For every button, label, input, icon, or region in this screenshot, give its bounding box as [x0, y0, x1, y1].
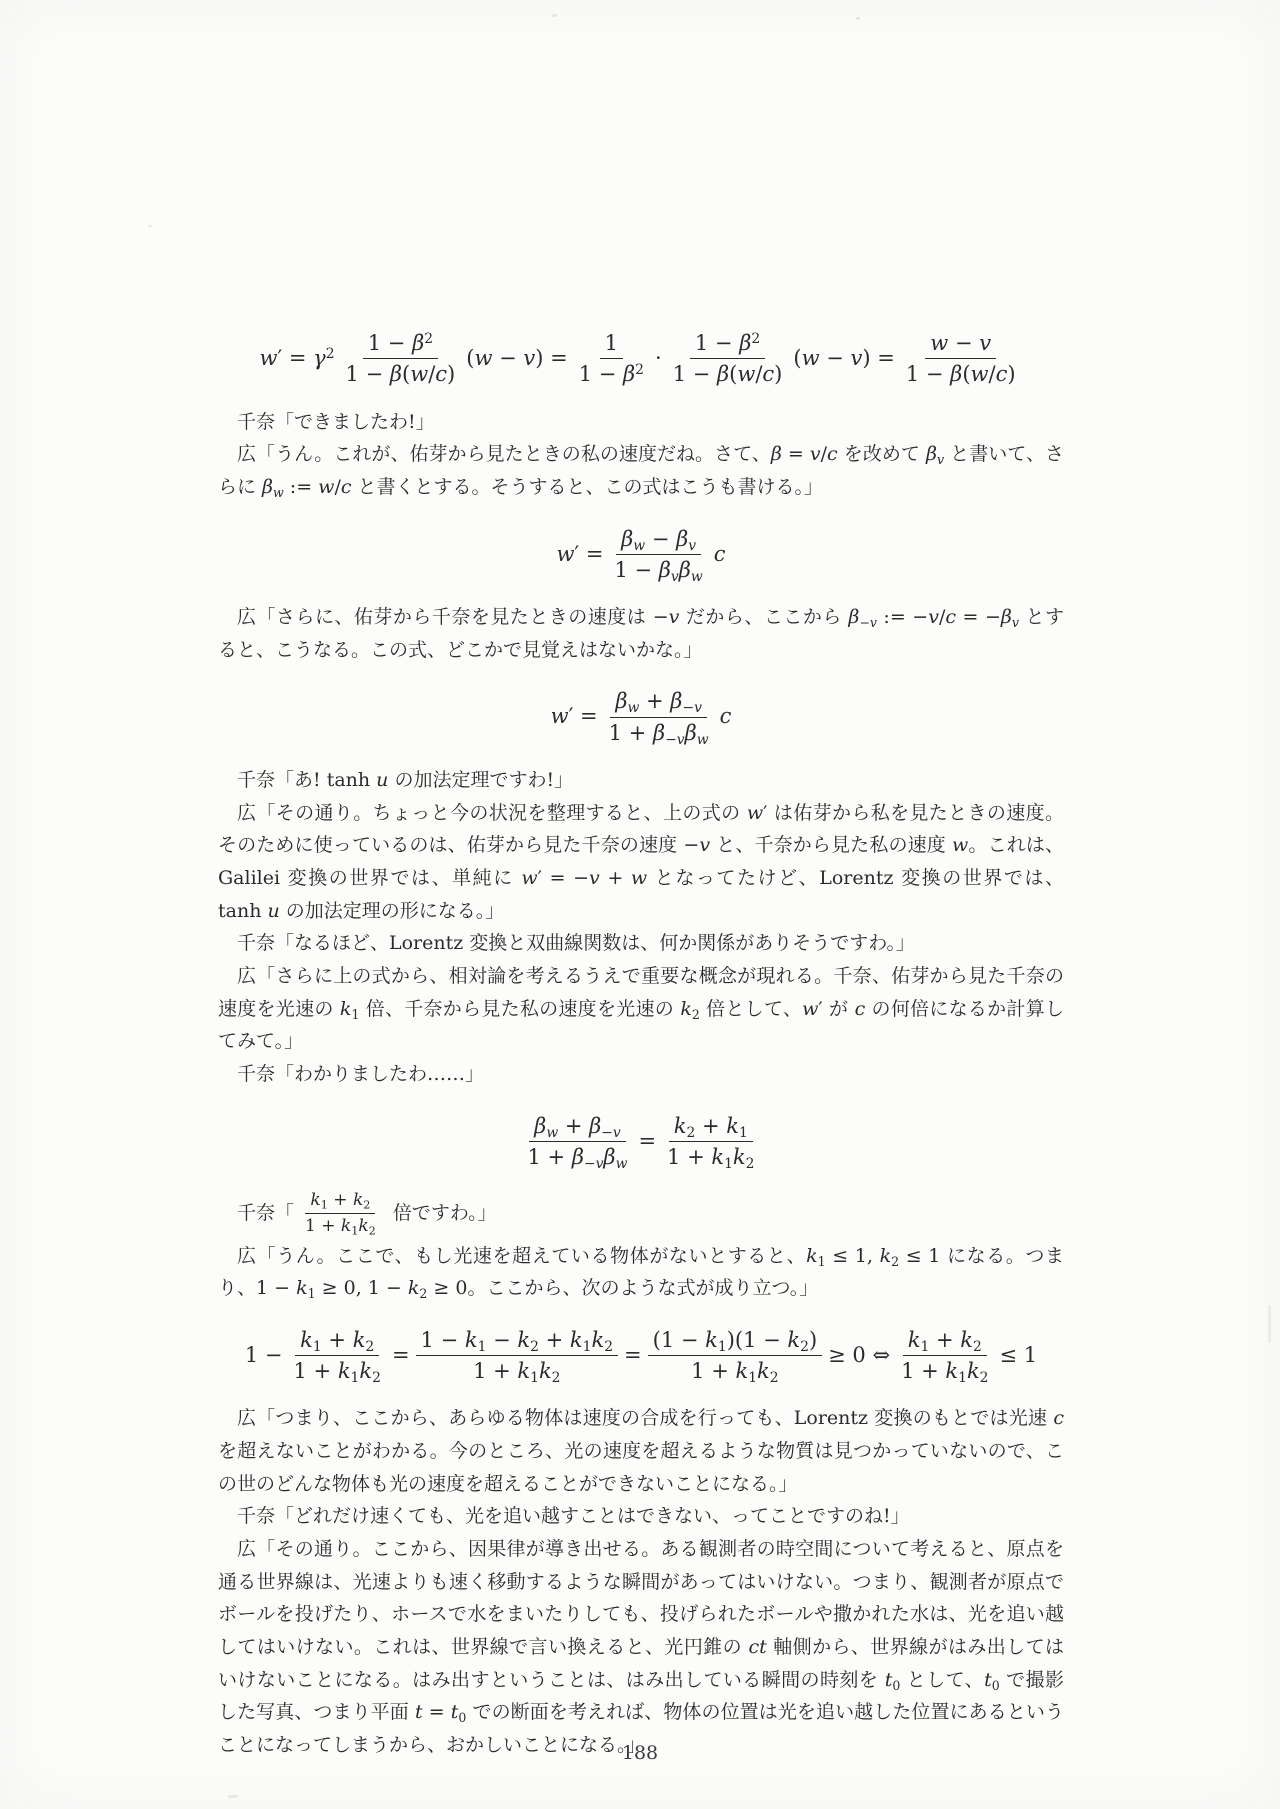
- fraction-denominator: 1 + k1k2: [300, 1214, 381, 1237]
- math-expression: 1 − k1 ≥ 0, 1 − k2 ≥ 0: [256, 1277, 467, 1299]
- fraction-denominator: 1 − β(w/c): [901, 359, 1021, 387]
- fraction-numerator: 1: [600, 330, 623, 359]
- japanese-text: 倍、千奈から見た私の速度を光速の: [359, 998, 680, 1020]
- japanese-text: 千奈「わかりましたわ……」: [237, 1063, 484, 1085]
- fraction-denominator: 1 − β2: [574, 359, 649, 387]
- dialogue-paragraph: 千奈「わかりましたわ……」: [218, 1058, 1064, 1091]
- math-expression: w′: [802, 998, 823, 1020]
- japanese-text: の加法定理ですわ!」: [388, 769, 573, 791]
- japanese-text: 広「さらに、佑芽から千奈を見たときの速度は: [237, 606, 653, 628]
- japanese-text: 広「うん。これが、佑芽から見たときの私の速度だね。さて、: [237, 443, 771, 465]
- math-expression: β−v := −v/c = −βv: [848, 606, 1019, 628]
- dialogue-paragraph: 広「うん。ここで、もし光速を超えている物体がないとすると、k1 ≤ 1, k2 …: [218, 1240, 1064, 1305]
- dialogue-paragraph: 千奈「どれだけ速くても、光を追い越すことはできない、ってことですのね!」: [218, 1500, 1064, 1533]
- page-content: w′ = γ21 − β21 − β(w/c)(w − v) = 11 − β2…: [218, 308, 1064, 1762]
- fraction-denominator: 1 + k1k2: [896, 1356, 993, 1384]
- fraction-numerator: k1 + k2: [295, 1327, 379, 1356]
- fraction: βw + β−v1 + β−vβw: [523, 1113, 633, 1171]
- japanese-text: となってたけど、Lorentz 変換の世界では、: [647, 867, 1064, 889]
- fraction-numerator: k1 + k2: [903, 1327, 987, 1356]
- fraction-denominator: 1 + β−vβw: [604, 718, 714, 746]
- dialogue-paragraph: 広「さらに、佑芽から千奈を見たときの速度は −v だから、ここから β−v :=…: [218, 601, 1064, 666]
- math-expression: t = t0: [415, 1701, 466, 1723]
- math-expression: βv: [926, 443, 944, 465]
- fraction-numerator: 1 − k1 − k2 + k1k2: [416, 1327, 618, 1356]
- math-expression: w′ = −v + w: [521, 867, 647, 889]
- math-expression: tanh u: [327, 769, 389, 791]
- dialogue-paragraph: 千奈「あ! tanh u の加法定理ですわ!」: [218, 764, 1064, 797]
- display-formula-beta-velocity-composition: w′ = βw − βv1 − βvβwc: [218, 526, 1064, 584]
- scanned-book-page: { "page": { "number": "188" }, "colors":…: [0, 0, 1280, 1809]
- dialogue-paragraph: 広「その通り。ここから、因果律が導き出せる。ある観測者の時空間について考えると、…: [218, 1533, 1064, 1762]
- fraction: (1 − k1)(1 − k2)1 + k1k2: [648, 1327, 823, 1385]
- japanese-text: 千奈「なるほど、Lorentz 変換と双曲線関数は、何か関係がありそうですわ。」: [237, 932, 915, 954]
- math-expression: 1 −: [245, 1342, 283, 1369]
- math-expression: t0: [984, 1669, 1000, 1691]
- math-expression: ≥ 0 ⇔: [828, 1342, 890, 1369]
- dialogue-paragraph: 広「つまり、ここから、あらゆる物体は速度の合成を行っても、Lorentz 変換の…: [218, 1402, 1064, 1500]
- dialogue-paragraph: 千奈「できましたわ!」: [218, 406, 1064, 439]
- math-expression: =: [638, 1128, 656, 1155]
- japanese-text: 倍として、: [700, 998, 802, 1020]
- fraction: 1 − k1 − k2 + k1k21 + k1k2: [416, 1327, 618, 1385]
- japanese-text: 千奈「できましたわ!」: [237, 411, 435, 433]
- fraction-numerator: w − v: [925, 330, 996, 359]
- math-expression: c: [1053, 1407, 1064, 1429]
- fraction-numerator: k2 + k1: [669, 1113, 753, 1142]
- math-expression: =: [624, 1342, 642, 1369]
- dialogue-paragraph: 広「さらに上の式から、相対論を考えるうえで重要な概念が現れる。千奈、佑芽から見た…: [218, 960, 1064, 1058]
- dialogue-paragraph: 広「その通り。ちょっと今の状況を整理すると、上の式の w′ は佑芽から私を見たと…: [218, 797, 1064, 928]
- fraction-numerator: βw − βv: [616, 526, 701, 555]
- display-formula-beta-addition-form: w′ = βw + β−v1 + β−vβwc: [218, 688, 1064, 746]
- japanese-text: だから、ここから: [679, 606, 848, 628]
- fraction: k1 + k21 + k1k2: [289, 1327, 386, 1385]
- display-formula-lorentz-velocity-derivation: w′ = γ21 − β21 − β(w/c)(w − v) = 11 − β2…: [218, 330, 1064, 388]
- fraction: 11 − β2: [574, 330, 649, 388]
- fraction-numerator: βw + β−v: [529, 1113, 626, 1142]
- math-expression: ≤ 1: [1000, 1342, 1038, 1369]
- math-expression: (w − v) =: [793, 345, 894, 372]
- fraction: k1 + k21 + k1k2: [896, 1327, 993, 1385]
- math-expression: k1: [340, 998, 360, 1020]
- scan-speck: [148, 225, 152, 227]
- display-formula-k-ratio-result: βw + β−v1 + β−vβw = k2 + k11 + k1k2: [218, 1113, 1064, 1171]
- fraction: k1 + k21 + k1k2: [300, 1190, 381, 1238]
- japanese-text: と書くとする。そうすると、この式はこうも書ける。」: [352, 476, 824, 498]
- fraction: 1 − β21 − β(w/c): [668, 330, 788, 388]
- math-expression: β = v/c: [771, 443, 838, 465]
- math-expression: −v: [653, 606, 680, 628]
- fraction: k2 + k11 + k1k2: [662, 1113, 759, 1171]
- japanese-text: 千奈「: [237, 1202, 294, 1224]
- fraction-denominator: 1 + k1k2: [468, 1356, 565, 1384]
- fraction-numerator: 1 − β2: [363, 330, 438, 359]
- fraction: 1 − β21 − β(w/c): [341, 330, 461, 388]
- dialogue-paragraph: 千奈「なるほど、Lorentz 変換と双曲線関数は、何か関係がありそうですわ。」: [218, 927, 1064, 960]
- math-expression: −v: [683, 834, 710, 856]
- fraction-numerator: 1 − β2: [690, 330, 765, 359]
- fraction-denominator: 1 − β(w/c): [668, 359, 788, 387]
- math-expression: c: [855, 998, 866, 1020]
- fraction-denominator: 1 − βvβw: [609, 555, 707, 583]
- fraction: w − v1 − β(w/c): [901, 330, 1021, 388]
- fraction-numerator: k1 + k2: [305, 1190, 375, 1214]
- math-expression: tanh u: [218, 900, 280, 922]
- fraction: βw − βv1 − βvβw: [609, 526, 707, 584]
- japanese-text: と、千奈から見た私の速度: [710, 834, 952, 856]
- math-expression: βw := w/c: [262, 476, 351, 498]
- math-expression: w′ = γ2: [259, 345, 334, 372]
- math-expression: k1 ≤ 1, k2 ≤ 1: [806, 1245, 940, 1267]
- japanese-text: を改めて: [838, 443, 926, 465]
- math-expression: ct: [749, 1636, 767, 1658]
- math-expression: c: [720, 703, 732, 730]
- math-expression: w′ =: [551, 703, 598, 730]
- math-expression: (w − v) =: [466, 345, 567, 372]
- fraction-denominator: 1 − β(w/c): [341, 359, 461, 387]
- fraction-denominator: 1 + β−vβw: [523, 1142, 633, 1170]
- dialogue-paragraph: 千奈「k1 + k21 + k1k2 倍ですわ。」: [218, 1188, 1064, 1240]
- japanese-text: 広「つまり、ここから、あらゆる物体は速度の合成を行っても、Lorentz 変換の…: [237, 1407, 1053, 1429]
- japanese-text: の加法定理の形になる。」: [280, 900, 505, 922]
- scan-speck: [552, 14, 557, 17]
- japanese-text: 広「うん。ここで、もし光速を超えている物体がないとすると、: [237, 1245, 806, 1267]
- fraction-numerator: βw + β−v: [610, 688, 707, 717]
- math-expression: ·: [655, 345, 662, 372]
- scan-speck: [856, 17, 860, 20]
- scan-edge-mark: [1268, 1305, 1271, 1343]
- japanese-text: として、: [900, 1669, 984, 1691]
- math-expression: w′ =: [556, 541, 603, 568]
- japanese-text: 千奈「どれだけ速くても、光を追い越すことはできない、ってことですのね!」: [237, 1505, 910, 1527]
- japanese-text: 。ここから、次のような式が成り立つ。」: [467, 1277, 818, 1299]
- math-expression: c: [714, 541, 726, 568]
- fraction: βw + β−v1 + β−vβw: [604, 688, 714, 746]
- page-number: 188: [0, 1742, 1280, 1764]
- display-formula-speed-limit-inequality: 1 − k1 + k21 + k1k2 = 1 − k1 − k2 + k1k2…: [218, 1327, 1064, 1385]
- math-expression: w′: [747, 802, 768, 824]
- scan-speck: [228, 1795, 238, 1798]
- math-expression: w: [952, 834, 968, 856]
- dialogue-paragraph: 広「うん。これが、佑芽から見たときの私の速度だね。さて、β = v/c を改めて…: [218, 438, 1064, 503]
- japanese-text: が: [823, 998, 855, 1020]
- japanese-text: 広「その通り。ちょっと今の状況を整理すると、上の式の: [237, 802, 747, 824]
- math-expression: t0: [885, 1669, 901, 1691]
- fraction-numerator: (1 − k1)(1 − k2): [648, 1327, 823, 1356]
- math-expression: =: [392, 1342, 410, 1369]
- fraction-denominator: 1 + k1k2: [686, 1356, 783, 1384]
- math-expression: k2: [680, 998, 700, 1020]
- fraction-denominator: 1 + k1k2: [289, 1356, 386, 1384]
- japanese-text: 千奈「あ!: [237, 769, 327, 791]
- japanese-text: を超えないことがわかる。今のところ、光の速度を超えるような物質は見つかっていない…: [218, 1440, 1064, 1495]
- fraction-denominator: 1 + k1k2: [662, 1142, 759, 1170]
- japanese-text: 倍ですわ。」: [387, 1202, 497, 1224]
